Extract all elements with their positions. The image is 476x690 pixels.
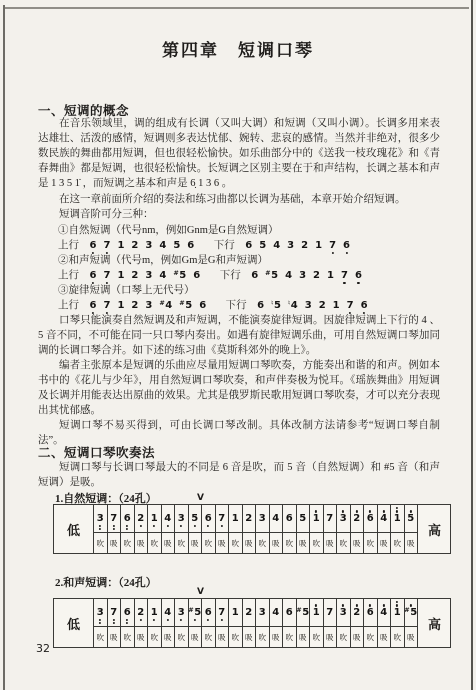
octave-dots xyxy=(396,507,398,513)
ascending-label: 上行 xyxy=(58,240,79,251)
jianpu-note: 2 xyxy=(353,608,360,618)
jianpu-note: 3 xyxy=(97,608,104,618)
note-cell: 6 xyxy=(283,505,296,533)
note-cell: 3 xyxy=(175,505,188,533)
note-cell: 4 xyxy=(270,599,283,627)
octave-dots xyxy=(357,282,359,284)
note-cell: 5 xyxy=(405,505,418,533)
harmonica-table: 低3吹7吸6吹2吸1吹4吸3吹#5吸6吹7吸1吹2吸3吹4吸6吹#5吸1吹7吸3… xyxy=(53,598,451,648)
jianpu-note: 1 xyxy=(151,608,158,618)
jianpu-note: 6 xyxy=(361,301,368,311)
hole-column: 1吹 xyxy=(391,505,405,553)
octave-dots xyxy=(356,604,358,606)
octave-dots xyxy=(369,604,371,606)
breath-cell: 吸 xyxy=(351,533,364,553)
breath-cell: 吹 xyxy=(391,627,404,647)
jianpu-note: 1 xyxy=(394,608,401,618)
octave-dots xyxy=(342,510,344,512)
note-cell: 7 xyxy=(216,505,229,533)
jianpu-note: 1 xyxy=(315,241,322,251)
octave-dots xyxy=(180,525,182,527)
descending-label: 下行 xyxy=(214,240,235,251)
jianpu-note: 4 xyxy=(380,514,387,524)
hole-column: 3吹 xyxy=(94,505,108,553)
octave-dots xyxy=(153,619,155,621)
octave-dots xyxy=(180,619,182,621)
note-cell: 6 xyxy=(121,599,134,627)
jianpu-note: 4 xyxy=(380,608,387,618)
octave-dots xyxy=(194,619,196,621)
note-cell: 3 xyxy=(256,505,269,533)
jianpu-note: 7 xyxy=(341,271,348,281)
octave-dots xyxy=(167,525,169,527)
hole-column: #5吸 xyxy=(297,599,311,647)
scale-line-harmonic: 上行671234#56下行6#5432176 xyxy=(58,267,365,282)
note-cell: 1 xyxy=(229,505,242,533)
accidental: # xyxy=(296,606,301,614)
hole-column: 3吹 xyxy=(175,599,189,647)
diagram2-title: 2.和声短调：（24孔） xyxy=(55,574,157,590)
scale-label-harmonic: ②和声短调（代号m，例如Gm是G和声短调） xyxy=(58,252,268,267)
octave-dots xyxy=(396,601,398,607)
jianpu-note: 3 xyxy=(97,514,104,524)
hole-column: 2吸 xyxy=(351,505,365,553)
breath-cell: 吸 xyxy=(378,533,391,553)
breath-cell: 吸 xyxy=(297,627,310,647)
harmonica-table: 低3吹7吸6吹2吸1吹4吸3吹5吸6吹7吸1吹2吸3吹4吸6吹5吸1吹7吸3吹2… xyxy=(53,504,451,554)
hole-column: 6吹 xyxy=(121,505,135,553)
paragraph-playable-scales: 口琴只能演奏自然短调及和声短调，不能演奏旋律短调。因旋律短调上下行的 4 、5 … xyxy=(38,313,440,358)
accidental: # xyxy=(265,269,270,277)
jianpu-note: 2 xyxy=(319,301,326,311)
jianpu-note: 2 xyxy=(137,514,144,524)
breath-cell: 吹 xyxy=(148,533,161,553)
breath-cell: 吸 xyxy=(378,627,391,647)
breath-cell: 吸 xyxy=(108,627,121,647)
breath-cell: 吸 xyxy=(108,533,121,553)
jianpu-note: 4 xyxy=(164,608,171,618)
jianpu-note: 7 xyxy=(103,271,110,281)
jianpu-note: 6 xyxy=(367,514,374,524)
ascending-label: 上行 xyxy=(58,270,79,281)
octave-dots xyxy=(343,282,345,284)
jianpu-note: 1 xyxy=(117,301,124,311)
jianpu-note: 5 xyxy=(407,514,414,524)
note-cell: 5 xyxy=(297,505,310,533)
jianpu-note: 6 xyxy=(286,608,293,618)
hole-column: 4吸 xyxy=(162,505,176,553)
hole-column: 7吸 xyxy=(108,599,122,647)
octave-dots xyxy=(207,525,209,527)
octave-dots xyxy=(99,619,101,625)
note-cell: 2 xyxy=(351,599,364,627)
low-label: 低 xyxy=(54,599,94,647)
hole-column: 3吹 xyxy=(94,599,108,647)
note-cell: 1 xyxy=(310,599,323,627)
octave-dots xyxy=(315,510,317,512)
hole-column: 5吸 xyxy=(297,505,311,553)
scale-line-melodic: 上行67123#4#56下行6♮5♮432176 xyxy=(58,297,371,312)
jianpu-note: 4 xyxy=(272,514,279,524)
octave-dots xyxy=(342,604,344,606)
octave-dots xyxy=(207,619,209,621)
accidental: ♮ xyxy=(288,299,290,307)
breath-cell: 吹 xyxy=(202,627,215,647)
v-marker: V xyxy=(197,493,204,503)
note-cell: 1 xyxy=(391,505,404,533)
hole-column: 7吸 xyxy=(108,505,122,553)
note-cell: 3 xyxy=(337,505,350,533)
breath-cell: 吸 xyxy=(324,533,337,553)
note-cell: 1 xyxy=(229,599,242,627)
jianpu-note: 2 xyxy=(131,301,138,311)
note-cell: 7 xyxy=(216,599,229,627)
octave-dots xyxy=(356,510,358,512)
jianpu-note: 7 xyxy=(218,514,225,524)
breath-cell: 吸 xyxy=(270,627,283,647)
note-cell: 1 xyxy=(148,599,161,627)
hole-column: 2吸 xyxy=(135,505,149,553)
jianpu-note: 1 xyxy=(117,271,124,281)
jianpu-note: 6 xyxy=(124,608,131,618)
jianpu-note: 4 xyxy=(273,241,280,251)
scan-edge-left xyxy=(3,5,5,690)
jianpu-note: 2 xyxy=(131,241,138,251)
breath-cell: 吸 xyxy=(216,627,229,647)
jianpu-note: 5 xyxy=(299,514,306,524)
note-cell: 6 xyxy=(202,599,215,627)
note-cell: 1 xyxy=(391,599,404,627)
breath-cell: 吹 xyxy=(94,627,107,647)
hole-column: 6吹 xyxy=(364,505,378,553)
breath-cell: 吹 xyxy=(283,627,296,647)
jianpu-note: 6 xyxy=(367,608,374,618)
note-cell: 7 xyxy=(324,599,337,627)
breath-cell: 吹 xyxy=(337,533,350,553)
note-cell: 2 xyxy=(243,599,256,627)
jianpu-note: 3 xyxy=(145,241,152,251)
octave-dots xyxy=(140,525,142,527)
octave-dots xyxy=(126,525,128,531)
jianpu-note: 4 xyxy=(272,608,279,618)
breath-cell: 吹 xyxy=(121,533,134,553)
jianpu-note: 6 xyxy=(124,514,131,524)
jianpu-note: #5 xyxy=(188,608,201,618)
note-cell: 4 xyxy=(162,505,175,533)
jianpu-note: 2 xyxy=(301,241,308,251)
jianpu-note: 6 xyxy=(257,301,264,311)
jianpu-note: 4 xyxy=(164,514,171,524)
jianpu-note: 1 xyxy=(313,514,320,524)
note-cell: #5 xyxy=(189,599,202,627)
jianpu-note: 2 xyxy=(313,271,320,281)
accidental: # xyxy=(179,299,184,307)
note-cell: 6 xyxy=(202,505,215,533)
note-cell: 4 xyxy=(378,505,391,533)
octave-dots xyxy=(221,525,223,527)
note-cell: 2 xyxy=(351,505,364,533)
jianpu-note: 1 xyxy=(151,514,158,524)
jianpu-note: 4 xyxy=(159,241,166,251)
page-number: 32 xyxy=(36,642,50,655)
hole-column: 4吸 xyxy=(378,505,392,553)
scan-edge-right xyxy=(471,0,473,690)
jianpu-note: 1 xyxy=(394,514,401,524)
breath-cell: 吹 xyxy=(175,627,188,647)
jianpu-note: 7 xyxy=(103,301,110,311)
jianpu-note: 1 xyxy=(333,301,340,311)
v-marker: V xyxy=(197,587,204,597)
jianpu-note: 5 xyxy=(191,514,198,524)
hole-column: 4吸 xyxy=(378,599,392,647)
harmonica-diagram-natural: V低3吹7吸6吹2吸1吹4吸3吹5吸6吹7吸1吹2吸3吹4吸6吹5吸1吹7吸3吹… xyxy=(53,504,453,554)
note-cell: 2 xyxy=(135,505,148,533)
breath-cell: 吹 xyxy=(229,627,242,647)
jianpu-note: 6 xyxy=(286,514,293,524)
hole-column: 6吹 xyxy=(364,599,378,647)
jianpu-note: 3 xyxy=(259,514,266,524)
note-cell: 7 xyxy=(108,505,121,533)
hole-column: 7吸 xyxy=(324,599,338,647)
jianpu-note: 2 xyxy=(245,608,252,618)
chapter-title: 第四章 短调口琴 xyxy=(0,36,476,61)
paragraph-blow-draw: 短调口琴与长调口琴最大的不同是 6 音是吹，而 5 音（自然短调）和 #5 音（… xyxy=(38,460,440,490)
breath-cell: 吹 xyxy=(310,533,323,553)
ascending-label: 上行 xyxy=(58,300,79,311)
jianpu-note: 6 xyxy=(355,271,362,281)
jianpu-note: 7 xyxy=(103,241,110,251)
breath-cell: 吸 xyxy=(135,627,148,647)
breath-cell: 吹 xyxy=(148,627,161,647)
note-cell: 1 xyxy=(310,505,323,533)
scan-edge-top xyxy=(5,7,469,9)
jianpu-note: 5 xyxy=(259,241,266,251)
breath-cell: 吹 xyxy=(364,533,377,553)
breath-cell: 吸 xyxy=(135,533,148,553)
hole-column: 3吹 xyxy=(256,599,270,647)
jianpu-note: #5 xyxy=(265,271,278,281)
breath-cell: 吹 xyxy=(283,533,296,553)
note-cell: 2 xyxy=(243,505,256,533)
jianpu-note: 6 xyxy=(205,514,212,524)
octave-dots xyxy=(126,619,128,625)
jianpu-note: 7 xyxy=(218,608,225,618)
jianpu-note: 1 xyxy=(313,608,320,618)
jianpu-note: 6 xyxy=(187,241,194,251)
breath-cell: 吹 xyxy=(310,627,323,647)
hole-column: 2吸 xyxy=(135,599,149,647)
jianpu-note: 4 xyxy=(285,271,292,281)
hole-column: 7吸 xyxy=(324,505,338,553)
hole-column: 1吹 xyxy=(391,599,405,647)
accidental: # xyxy=(188,606,193,614)
note-cell: 7 xyxy=(108,599,121,627)
breath-cell: 吸 xyxy=(243,533,256,553)
hole-column: 5吸 xyxy=(189,505,203,553)
jianpu-note: 1 xyxy=(232,514,239,524)
jianpu-note: #5 xyxy=(404,608,417,618)
jianpu-note: 7 xyxy=(110,608,117,618)
octave-dots xyxy=(383,510,385,512)
hole-column: 1吹 xyxy=(310,599,324,647)
octave-dots xyxy=(410,510,412,512)
hole-column: 1吹 xyxy=(148,505,162,553)
jianpu-note: 7 xyxy=(326,514,333,524)
hole-column: 6吹 xyxy=(202,599,216,647)
breath-cell: 吸 xyxy=(243,627,256,647)
hole-column: 4吸 xyxy=(270,599,284,647)
accidental: # xyxy=(159,299,164,307)
jianpu-note: 2 xyxy=(137,608,144,618)
paragraph-editor-opinion: 编者主张原本是短调的乐曲应尽量用短调口琴吹奏，方能奏出和谐的和声。例如本书中的《… xyxy=(38,358,440,418)
descending-label: 下行 xyxy=(226,300,247,311)
octave-dots xyxy=(140,619,142,621)
accidental: # xyxy=(173,269,178,277)
note-cell: 4 xyxy=(378,599,391,627)
jianpu-note: 3 xyxy=(340,514,347,524)
octave-dots xyxy=(99,525,101,531)
breath-cell: 吸 xyxy=(189,533,202,553)
jianpu-note: #5 xyxy=(296,608,309,618)
hole-column: 2吸 xyxy=(351,599,365,647)
note-cell: 6 xyxy=(364,505,377,533)
note-cell: 3 xyxy=(337,599,350,627)
descending-label: 下行 xyxy=(220,270,241,281)
octave-dots xyxy=(383,604,385,606)
breath-cell: 吸 xyxy=(270,533,283,553)
note-cell: 1 xyxy=(148,505,161,533)
breath-cell: 吸 xyxy=(405,627,418,647)
scale-line-natural: 上行67123456下行65432176 xyxy=(58,237,354,252)
jianpu-note: 3 xyxy=(340,608,347,618)
breath-cell: 吹 xyxy=(175,533,188,553)
octave-dots xyxy=(194,525,196,527)
jianpu-note: 2 xyxy=(131,271,138,281)
jianpu-note: 1 xyxy=(327,271,334,281)
jianpu-note: 4 xyxy=(159,271,166,281)
note-cell: #5 xyxy=(405,599,418,627)
note-cell: 6 xyxy=(283,599,296,627)
hole-column: 4吸 xyxy=(270,505,284,553)
hole-column: 6吹 xyxy=(121,599,135,647)
breath-cell: 吸 xyxy=(189,627,202,647)
jianpu-note: 6 xyxy=(205,608,212,618)
hole-column: 6吹 xyxy=(283,599,297,647)
note-cell: 4 xyxy=(162,599,175,627)
hole-column: 3吹 xyxy=(175,505,189,553)
accidental: ♮ xyxy=(271,299,273,307)
paragraph-concept: 在音乐领域里，调的组成有长调（又叫大调）和短调（又叫小调）。长调多用来表达雄壮、… xyxy=(38,116,440,191)
jianpu-note: 7 xyxy=(326,608,333,618)
breath-cell: 吹 xyxy=(121,627,134,647)
jianpu-note: 3 xyxy=(145,301,152,311)
hole-column: 6吹 xyxy=(283,505,297,553)
octave-dots xyxy=(345,252,347,254)
note-cell: 3 xyxy=(94,599,107,627)
breath-cell: 吹 xyxy=(256,627,269,647)
section2-heading: 二、短调口琴吹奏法 xyxy=(38,443,155,461)
note-cell: 3 xyxy=(256,599,269,627)
breath-cell: 吹 xyxy=(364,627,377,647)
note-cell: 7 xyxy=(324,505,337,533)
scale-label-melodic: ③旋律短调（口琴上无代号） xyxy=(58,282,195,297)
breath-cell: 吹 xyxy=(391,533,404,553)
note-cell: 5 xyxy=(189,505,202,533)
breath-cell: 吸 xyxy=(405,533,418,553)
jianpu-note: 6 xyxy=(90,271,97,281)
breath-cell: 吸 xyxy=(216,533,229,553)
jianpu-note: 2 xyxy=(245,514,252,524)
note-cell: 6 xyxy=(364,599,377,627)
note-cell: 4 xyxy=(270,505,283,533)
jianpu-note: 3 xyxy=(305,301,312,311)
octave-dots xyxy=(153,525,155,527)
note-cell: 2 xyxy=(135,599,148,627)
breath-cell: 吹 xyxy=(337,627,350,647)
hole-column: 3吹 xyxy=(337,505,351,553)
note-cell: 3 xyxy=(94,505,107,533)
breath-cell: 吹 xyxy=(229,533,242,553)
scale-label-natural: ①自然短调（代号nm，例如Gnm是G自然短调） xyxy=(58,222,279,237)
hole-column: #5吸 xyxy=(189,599,203,647)
scanned-book-page: 第四章 短调口琴 一、短调的概念 在音乐领域里，调的组成有长调（又叫大调）和短调… xyxy=(0,0,476,690)
jianpu-note: 3 xyxy=(145,271,152,281)
jianpu-note: 6 xyxy=(245,241,252,251)
harmonica-diagram-harmonic: V低3吹7吸6吹2吸1吹4吸3吹#5吸6吹7吸1吹2吸3吹4吸6吹#5吸1吹7吸… xyxy=(53,598,453,648)
octave-dots xyxy=(113,525,115,531)
jianpu-note: 7 xyxy=(110,514,117,524)
breath-cell: 吹 xyxy=(94,533,107,553)
hole-column: 3吹 xyxy=(256,505,270,553)
breath-cell: 吹 xyxy=(202,533,215,553)
hole-column: 1吹 xyxy=(229,505,243,553)
note-cell: #5 xyxy=(297,599,310,627)
accidental: # xyxy=(404,606,409,614)
jianpu-note: 7 xyxy=(347,301,354,311)
hole-column: 2吸 xyxy=(243,599,257,647)
paragraph-three-types: 短调音阶可分三种： xyxy=(38,207,440,222)
hole-column: 7吸 xyxy=(216,599,230,647)
octave-dots xyxy=(221,619,223,621)
jianpu-note: 3 xyxy=(178,608,185,618)
jianpu-note: #5 xyxy=(173,271,186,281)
hole-column: 5吸 xyxy=(405,505,419,553)
jianpu-note: 6 xyxy=(251,271,258,281)
note-cell: 3 xyxy=(175,599,188,627)
jianpu-note: 2 xyxy=(353,514,360,524)
hole-column: 1吹 xyxy=(148,599,162,647)
hole-column: 6吹 xyxy=(202,505,216,553)
hole-column: 7吸 xyxy=(216,505,230,553)
jianpu-note: #5 xyxy=(179,301,192,311)
jianpu-note: 3 xyxy=(287,241,294,251)
low-label: 低 xyxy=(54,505,94,553)
jianpu-note: 3 xyxy=(259,608,266,618)
octave-dots xyxy=(113,619,115,625)
breath-cell: 吹 xyxy=(256,533,269,553)
octave-dots xyxy=(331,252,333,254)
breath-cell: 吸 xyxy=(324,627,337,647)
jianpu-note: 6 xyxy=(193,271,200,281)
hole-column: 4吸 xyxy=(162,599,176,647)
octave-dots xyxy=(315,604,317,606)
breath-cell: 吸 xyxy=(162,533,175,553)
jianpu-note: ♮4 xyxy=(288,301,298,311)
hole-column: #5吸 xyxy=(405,599,419,647)
jianpu-note: 6 xyxy=(90,301,97,311)
hole-column: 3吹 xyxy=(337,599,351,647)
jianpu-note: 6 xyxy=(90,241,97,251)
